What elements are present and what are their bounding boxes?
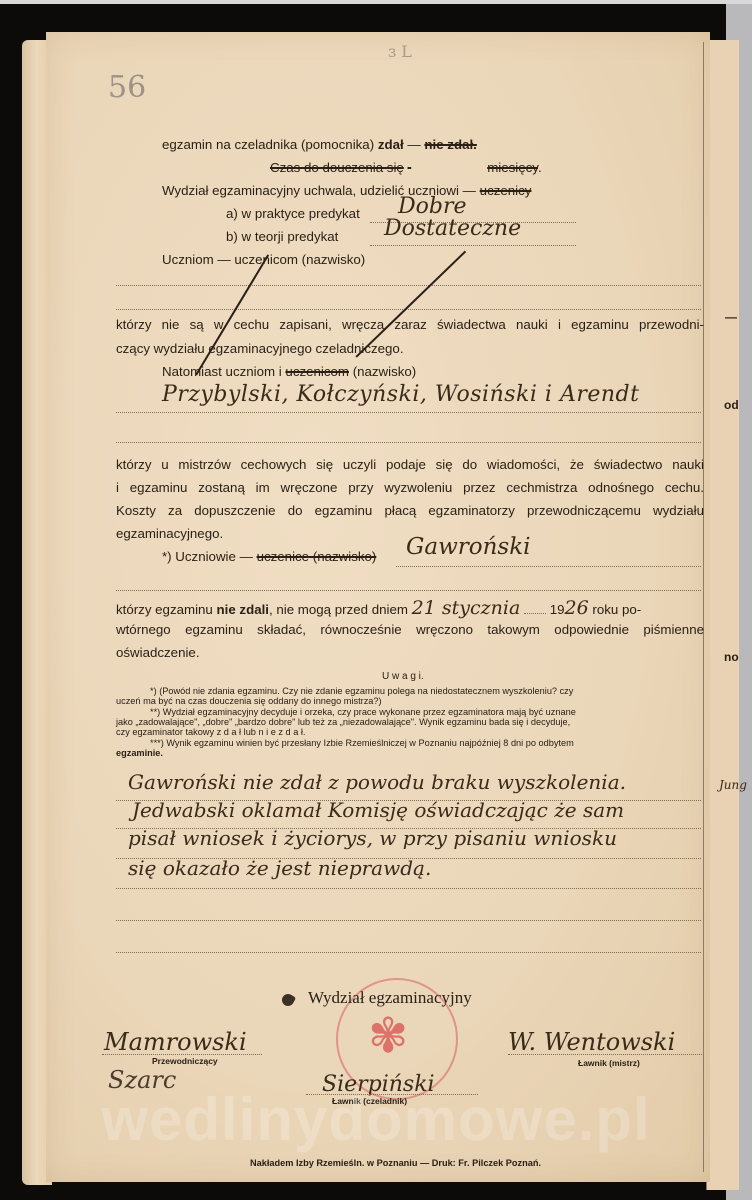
exam-result-prefix: egzamin na czeladnika (pomocnika): [162, 137, 374, 152]
ink-blot: [280, 992, 296, 1008]
note-2c: czy egzaminator takowy z d a ł lub n i e…: [116, 727, 305, 737]
chairman-label: Przewodniczący: [152, 1056, 218, 1066]
remark-rule-5: [116, 920, 701, 921]
theory-grade-label: b) w teorji predykat: [226, 229, 338, 244]
exam-result-dash: —: [407, 137, 420, 152]
exam-result-line: egzamin na czeladnika (pomocnika) zdał —…: [162, 137, 477, 152]
master-signature: W. Wentowski: [508, 1028, 675, 1056]
failed-student-name: Gawroński: [406, 534, 531, 560]
note-2a: **) Wydział egzaminacyjny decyduje i orz…: [150, 707, 576, 717]
names-line-1: [116, 412, 701, 413]
exam-result-failed-struck: nie zdał.: [424, 137, 476, 152]
remark-line-4: się okazało że jest nieprawdą.: [128, 856, 431, 880]
failed-suffix: roku po-: [592, 602, 641, 617]
failed-students-line-2: [116, 590, 701, 591]
adjacent-fragment-dash: —: [725, 310, 737, 324]
failed-text-3: oświadczenie.: [116, 645, 200, 660]
masters-text-3: Koszty za dopuszczenie do egzaminu płacą…: [116, 503, 704, 518]
note-3b: egzaminie.: [116, 748, 163, 758]
failed-student-underline: [396, 566, 701, 567]
theory-grade-underline: [370, 245, 576, 246]
masters-text-1: którzy u mistrzów cechowych się uczyli p…: [116, 457, 704, 472]
study-time-months: miesięcy: [487, 160, 538, 175]
committee-title: Wydział egzaminacyjny: [308, 988, 472, 1008]
cancel-slash-1: [195, 254, 268, 375]
however-line: Natomiast uczniom i uczenicom (nazwisko): [162, 364, 416, 379]
retake-year-prefix: 19: [550, 602, 565, 617]
note-1a: *) (Powód nie zdania egzaminu. Czy nie z…: [150, 686, 573, 696]
adjacent-page: — od no Jung: [706, 40, 739, 1190]
note-3a: ***) Wynik egzaminu winien być przesłany…: [150, 738, 574, 748]
watermark: wedlinydomowe.pl: [56, 1085, 696, 1154]
chairman-signature: Mamrowski: [104, 1028, 247, 1056]
remark-line-2: Jedwabski oklamał Komisję oświadczając ż…: [132, 798, 624, 822]
remark-rule-4: [116, 888, 701, 889]
master-label: Ławnik (mistrz): [578, 1058, 640, 1068]
not-in-guild-text-1: którzy nie są w cechu zapisani, wręcza z…: [116, 317, 704, 332]
masters-text-2: i egzaminu zostaną im wręczone przy wyzw…: [116, 480, 704, 495]
names-line-2: [116, 442, 701, 443]
practice-grade-label: a) w praktyce predykat: [226, 206, 360, 221]
however-names: Przybylski, Kołczyński, Wosiński i Arend…: [162, 382, 639, 407]
retake-year-suffix: 26: [565, 597, 589, 619]
remark-line-3: pisał wniosek i życiorys, w przy pisaniu…: [128, 826, 617, 850]
failed-students-prefix: *) Uczniowie —: [162, 549, 253, 564]
scanner-top-border: [0, 0, 752, 4]
note-2b: jako „zadowalające", „dobre" „bardzo dob…: [116, 717, 570, 727]
theory-grade-value: Dostateczne: [384, 216, 521, 241]
students-line-2: [116, 309, 701, 310]
study-time-line: Czas do douczenia się miesięcy.: [270, 160, 542, 175]
failed-students-line: *) Uczniowie — uczenice (nazwisko): [162, 549, 376, 564]
failed-mid: , nie mogą przed dniem: [269, 602, 408, 617]
failed-text-2: wtórnego egzaminu składać, równocześnie …: [116, 622, 704, 637]
students-line-1: [116, 285, 701, 286]
adjacent-fragment-od: od: [724, 398, 739, 412]
study-time-tail: .: [538, 160, 542, 175]
note-1b: uczeń ma być na czas douczenia się oddan…: [116, 696, 382, 706]
master-signature-line: [508, 1054, 704, 1055]
remark-rule-6: [116, 952, 701, 953]
exam-result-passed: zdał: [378, 137, 404, 152]
however-struck: uczenicom: [285, 364, 349, 379]
not-in-guild-text-2: czący wydziału egzaminacyjnego czeladnic…: [116, 341, 404, 356]
resolution-struck: uczenicy: [480, 183, 532, 198]
adjacent-fragment-handwriting: Jung: [719, 778, 747, 792]
failed-text-1: którzy egzaminu nie zdali, nie mogą prze…: [116, 597, 704, 619]
eagle-emblem-icon: ✾: [368, 1008, 408, 1064]
study-time-struck: Czas do douczenia się: [270, 160, 404, 175]
failed-students-struck: uczenice (nazwisko): [257, 549, 377, 564]
resolution-line: Wydział egzaminacyjny uchwala, udzielić …: [162, 183, 531, 198]
failed-bold: nie zdali: [217, 602, 269, 617]
however-suffix: (nazwisko): [353, 364, 417, 379]
failed-prefix: którzy egzaminu: [116, 602, 213, 617]
however-prefix: Natomiast uczniom i: [162, 364, 282, 379]
printer-footer: Nakładem Izby Rzemieśln. w Poznaniu — Dr…: [250, 1158, 541, 1168]
exam-certificate-page: 56 ɜ L egzamin na czeladnika (pomocnika)…: [46, 32, 710, 1182]
adjacent-fragment-no: no: [724, 650, 739, 664]
remarks-title: U w a g i.: [382, 672, 424, 682]
retake-date-day-month: 21 stycznia: [412, 597, 521, 619]
remark-line-1: Gawroński nie zdał z powodu braku wyszko…: [128, 770, 626, 794]
chairman-signature-line: [102, 1054, 262, 1055]
pencil-page-number: 56: [108, 70, 146, 105]
pencil-top-mark: ɜ L: [388, 42, 412, 61]
masters-text-4: egzaminacyjnego.: [116, 526, 223, 541]
